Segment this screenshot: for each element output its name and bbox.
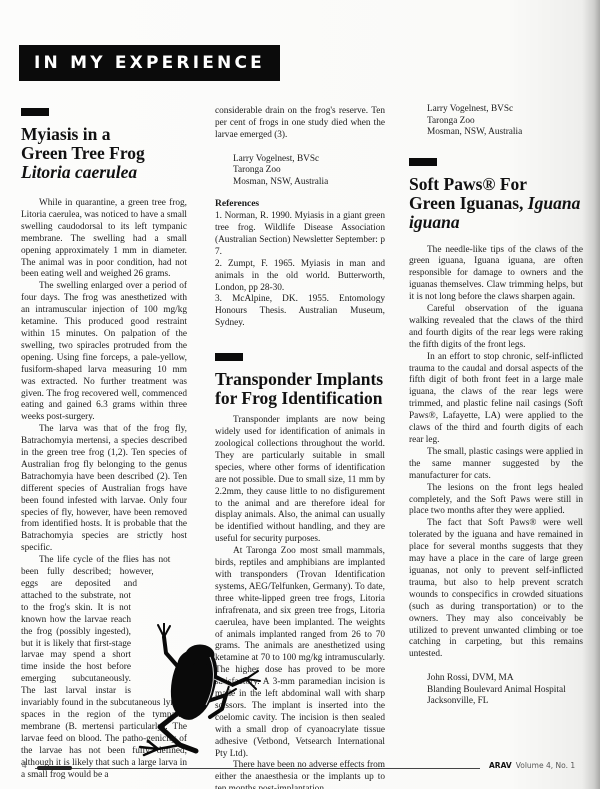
- article3-title: Soft Paws® For Green Iguanas, Iguana igu…: [409, 175, 583, 232]
- article2-paragraph: Transponder implants are now being widel…: [215, 415, 385, 546]
- footer-rule-accent: [37, 766, 72, 770]
- author-institution: Taronga Zoo: [427, 116, 583, 128]
- article3-paragraph: The fact that Soft Paws® were well toler…: [409, 518, 583, 661]
- author-name: John Rossi, DVM, MA: [427, 673, 583, 685]
- references: References 1. Norman, R. 1990. Myiasis i…: [215, 199, 385, 330]
- author-institution: Taronga Zoo: [233, 165, 385, 177]
- article3-title-line2: Green Iguanas,: [409, 193, 523, 213]
- section-marker-bar: [409, 158, 437, 166]
- reference-item: 2. Zumpt, F. 1965. Myiasis in man and an…: [215, 259, 385, 295]
- article3-paragraph: In an effort to stop chronic, self-infli…: [409, 352, 583, 447]
- column-3: Larry Vogelnest, BVSc Taronga Zoo Mosman…: [409, 104, 583, 708]
- article1-paragraph: While in quarantine, a green tree frog, …: [21, 198, 187, 281]
- journal-volume: Volume 4, No. 1: [516, 761, 575, 770]
- article2-title: Transponder Implants for Frog Identifica…: [215, 370, 385, 408]
- footer-rule: [35, 768, 480, 769]
- references-title: References: [215, 199, 385, 211]
- article1-continuation: considerable drain on the frog's reserve…: [215, 106, 385, 142]
- article1-title-line1: Myiasis in a: [21, 124, 110, 144]
- author-location: Mosman, NSW, Australia: [233, 177, 385, 189]
- article2-byline: Larry Vogelnest, BVSc Taronga Zoo Mosman…: [409, 104, 583, 139]
- section-banner: IN MY EXPERIENCE: [19, 45, 280, 81]
- author-name: Larry Vogelnest, BVSc: [427, 104, 583, 116]
- journal-footer: ARAVVolume 4, No. 1: [489, 761, 575, 770]
- reference-item: 3. McAlpine, DK. 1955. Entomology Honour…: [215, 294, 385, 330]
- article1-title: Myiasis in a Green Tree Frog Litoria cae…: [21, 125, 187, 182]
- article3-title-line1: Soft Paws® For: [409, 174, 527, 194]
- article3-title-species: iguana: [409, 212, 460, 232]
- article2-paragraph: There have been no adverse effects from …: [215, 760, 385, 789]
- author-location: Mosman, NSW, Australia: [427, 127, 583, 139]
- article3-paragraph: The small, plastic casings were applied …: [409, 447, 583, 483]
- author-institution: Blanding Boulevard Animal Hospital: [427, 685, 583, 697]
- article3-paragraph: The needle-like tips of the claws of the…: [409, 245, 583, 305]
- article1-paragraph: The swelling enlarged over a period of f…: [21, 281, 187, 424]
- article3-paragraph: The lesions on the front legs healed com…: [409, 483, 583, 519]
- page-number: 4: [22, 760, 27, 770]
- author-name: Larry Vogelnest, BVSc: [233, 154, 385, 166]
- article2-title-line2: for Frog Identification: [215, 388, 383, 408]
- author-location: Jacksonville, FL: [427, 696, 583, 708]
- journal-name: ARAV: [489, 761, 512, 770]
- article1-title-species: Litoria caerulea: [21, 162, 137, 182]
- article3-title-genus: Iguana: [528, 193, 581, 213]
- article1-title-line2: Green Tree Frog: [21, 143, 145, 163]
- article1-paragraph: The larva was that of the frog fly, Batr…: [21, 424, 187, 555]
- section-marker-bar: [21, 108, 49, 116]
- article3-byline: John Rossi, DVM, MA Blanding Boulevard A…: [409, 673, 583, 708]
- article3-body: The needle-like tips of the claws of the…: [409, 245, 583, 662]
- frog-silhouette-icon: [118, 623, 268, 761]
- article3-paragraph: Careful observation of the iguana walkin…: [409, 304, 583, 352]
- reference-item: 1. Norman, R. 1990. Myiasis in a giant g…: [215, 211, 385, 259]
- article1-byline: Larry Vogelnest, BVSc Taronga Zoo Mosman…: [215, 154, 385, 189]
- journal-page: IN MY EXPERIENCE Myiasis in a Green Tree…: [0, 0, 600, 789]
- article2-title-line1: Transponder Implants: [215, 369, 383, 389]
- section-marker-bar: [215, 353, 243, 361]
